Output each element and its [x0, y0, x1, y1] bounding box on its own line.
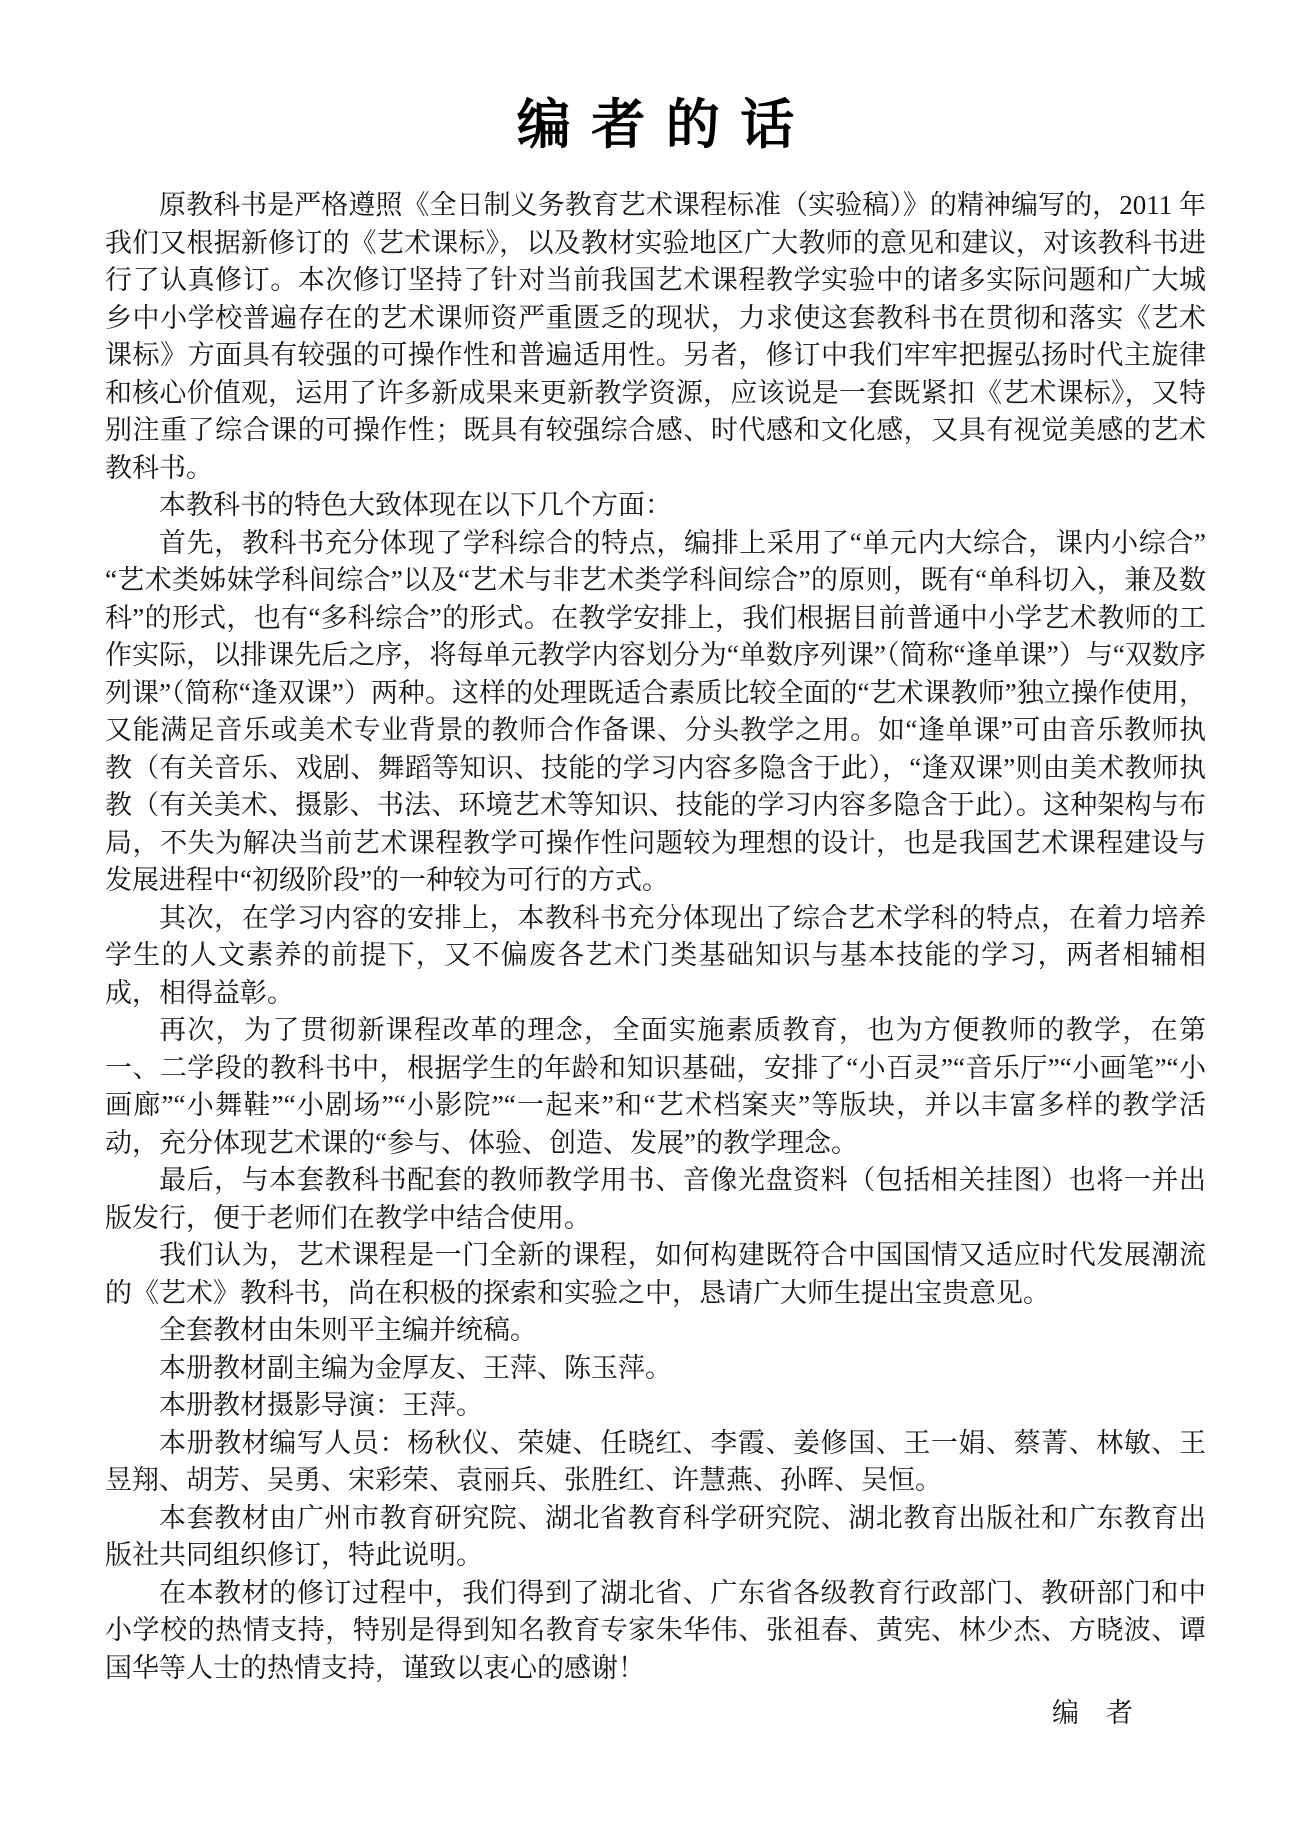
paragraph-third: 再次，为了贯彻新课程改革的理念，全面实施素质教育，也为方便教师的教学，在第一、二… [105, 1012, 1206, 1162]
paragraph-first: 首先，教科书充分体现了学科综合的特点，编排上采用了“单元内大综合，课内小综合”“… [105, 525, 1206, 900]
paragraph-second: 其次，在学习内容的安排上，本教科书充分体现出了综合艺术学科的特点，在着力培养学生… [105, 900, 1206, 1013]
paragraph-last-feature: 最后，与本套教科书配套的教师教学用书、音像光盘资料（包括相关挂图）也将一并出版发… [105, 1162, 1206, 1237]
paragraph-photo-director: 本册教材摄影导演：王萍。 [105, 1387, 1206, 1425]
paragraph-intro: 原教科书是严格遵照《全日制义务教育艺术课程标准（实验稿）》的精神编写的，2011… [105, 187, 1206, 487]
paragraph-publishers: 本套教材由广州市教育研究院、湖北省教育科学研究院、湖北教育出版社和广东教育出版社… [105, 1500, 1206, 1575]
page-title: 编者的话 [0, 0, 1311, 155]
paragraph-acknowledgements: 在本教材的修订过程中，我们得到了湖北省、广东省各级教育行政部门、教研部门和中小学… [105, 1575, 1206, 1688]
editor-signature: 编 者 [0, 1695, 1133, 1733]
preface-body: 原教科书是严格遵照《全日制义务教育艺术课程标准（实验稿）》的精神编写的，2011… [105, 187, 1206, 1687]
preface-page: 编者的话 原教科书是严格遵照《全日制义务教育艺术课程标准（实验稿）》的精神编写的… [0, 0, 1311, 1842]
paragraph-chief-editor: 全套教材由朱则平主编并统稿。 [105, 1312, 1206, 1350]
paragraph-deputy-editors: 本册教材副主编为金厚友、王萍、陈玉萍。 [105, 1350, 1206, 1388]
paragraph-writers: 本册教材编写人员：杨秋仪、荣婕、任晓红、李霞、姜修国、王一娟、蔡菁、林敏、王昱翔… [105, 1425, 1206, 1500]
paragraph-outlook: 我们认为，艺术课程是一门全新的课程，如何构建既符合中国国情又适应时代发展潮流的《… [105, 1237, 1206, 1312]
paragraph-features-lead: 本教科书的特色大致体现在以下几个方面： [105, 487, 1206, 525]
